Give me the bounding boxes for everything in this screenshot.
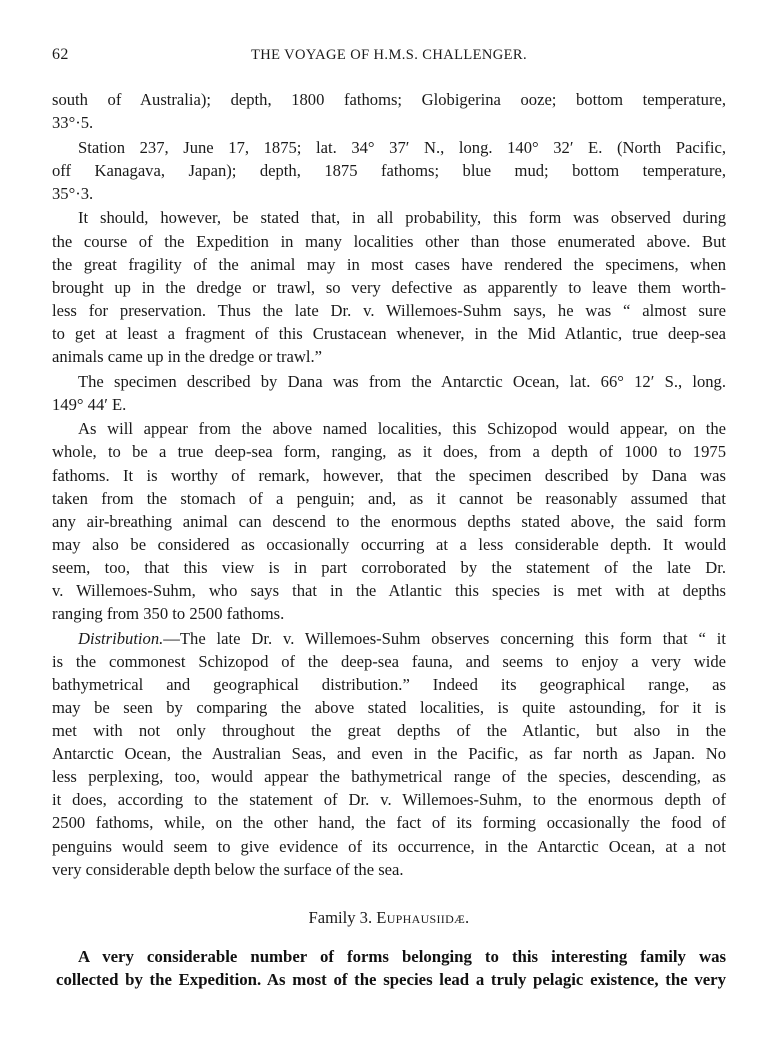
text-line: is the commonest Schizopod of the deep-s… <box>52 650 726 673</box>
text-line: Distribution.—The late Dr. v. Willemoes-… <box>52 627 726 650</box>
text-line: 33°·5. <box>52 111 726 134</box>
paragraph-dana-specimen: The specimen described by Dana was from … <box>52 370 726 416</box>
text-line: collected by the Expedition. As most of … <box>52 968 726 991</box>
paragraph-euphausiidae: A very considerable number of forms belo… <box>52 945 726 991</box>
running-header: 62 THE VOYAGE OF H.M.S. CHALLENGER. <box>52 46 726 68</box>
distribution-line-text: —The late Dr. v. Willemoes-Suhm observes… <box>163 629 726 648</box>
text-line: may also be considered as occasionally o… <box>52 533 726 556</box>
text-line: seem, too, that this view is in part cor… <box>52 556 726 579</box>
text-line: less perplexing, too, would appear the b… <box>52 765 726 788</box>
text-line: A very considerable number of forms belo… <box>52 945 726 968</box>
text-line: met with not only throughout the great d… <box>52 719 726 742</box>
text-line: the course of the Expedition in many loc… <box>52 230 726 253</box>
text-line: animals came up in the dredge or trawl.” <box>52 345 726 368</box>
text-line: ranging from 350 to 2500 fathoms. <box>52 602 726 625</box>
paragraph-deep-sea-form: As will appear from the above named loca… <box>52 417 726 625</box>
distribution-lead: Distribution. <box>78 629 163 648</box>
text-line: to get at least a fragment of this Crust… <box>52 322 726 345</box>
text-line: bathymetrical and geographical distribut… <box>52 673 726 696</box>
text-line: very considerable depth below the surfac… <box>52 858 726 881</box>
text-line: 149° 44′ E. <box>52 393 726 416</box>
paragraph-fragility: It should, however, be stated that, in a… <box>52 206 726 368</box>
text-line: the great fragility of the animal may in… <box>52 253 726 276</box>
section-heading-prefix: Family 3. <box>308 908 372 927</box>
paragraph-station-237: Station 237, June 17, 1875; lat. 34° 37′… <box>52 136 726 205</box>
text-line: may be seen by comparing the above state… <box>52 696 726 719</box>
section-heading: Family 3. Euphausiidæ. <box>52 908 726 928</box>
text-line: it does, according to the statement of D… <box>52 788 726 811</box>
text-line: It should, however, be stated that, in a… <box>52 206 726 229</box>
text-line: As will appear from the above named loca… <box>52 417 726 440</box>
text-line: v. Willemoes-Suhm, who says that in the … <box>52 579 726 602</box>
text-line: 35°·3. <box>52 182 726 205</box>
text-line: south of Australia); depth, 1800 fathoms… <box>52 88 726 111</box>
text-line: any air-breathing animal can descend to … <box>52 510 726 533</box>
text-line: Station 237, June 17, 1875; lat. 34° 37′… <box>52 136 726 159</box>
text-line: off Kanagava, Japan); depth, 1875 fathom… <box>52 159 726 182</box>
text-line: fathoms. It is worthy of remark, however… <box>52 464 726 487</box>
text-line: penguins would seem to give evidence of … <box>52 835 726 858</box>
text-line: 2500 fathoms, while, on the other hand, … <box>52 811 726 834</box>
page-body: south of Australia); depth, 1800 fathoms… <box>52 88 726 881</box>
text-line: less for preservation. Thus the late Dr.… <box>52 299 726 322</box>
paragraph-station-continued: south of Australia); depth, 1800 fathoms… <box>52 88 726 134</box>
text-line: taken from the stomach of a penguin; and… <box>52 487 726 510</box>
text-line: whole, to be a true deep-sea form, rangi… <box>52 440 726 463</box>
section-heading-name: Euphausiidæ. <box>376 908 469 927</box>
text-line: The specimen described by Dana was from … <box>52 370 726 393</box>
running-title: THE VOYAGE OF H.M.S. CHALLENGER. <box>52 47 726 64</box>
paragraph-distribution: Distribution.—The late Dr. v. Willemoes-… <box>52 627 726 881</box>
text-line: Antarctic Ocean, the Australian Seas, an… <box>52 742 726 765</box>
text-line: brought up in the dredge or trawl, so ve… <box>52 276 726 299</box>
